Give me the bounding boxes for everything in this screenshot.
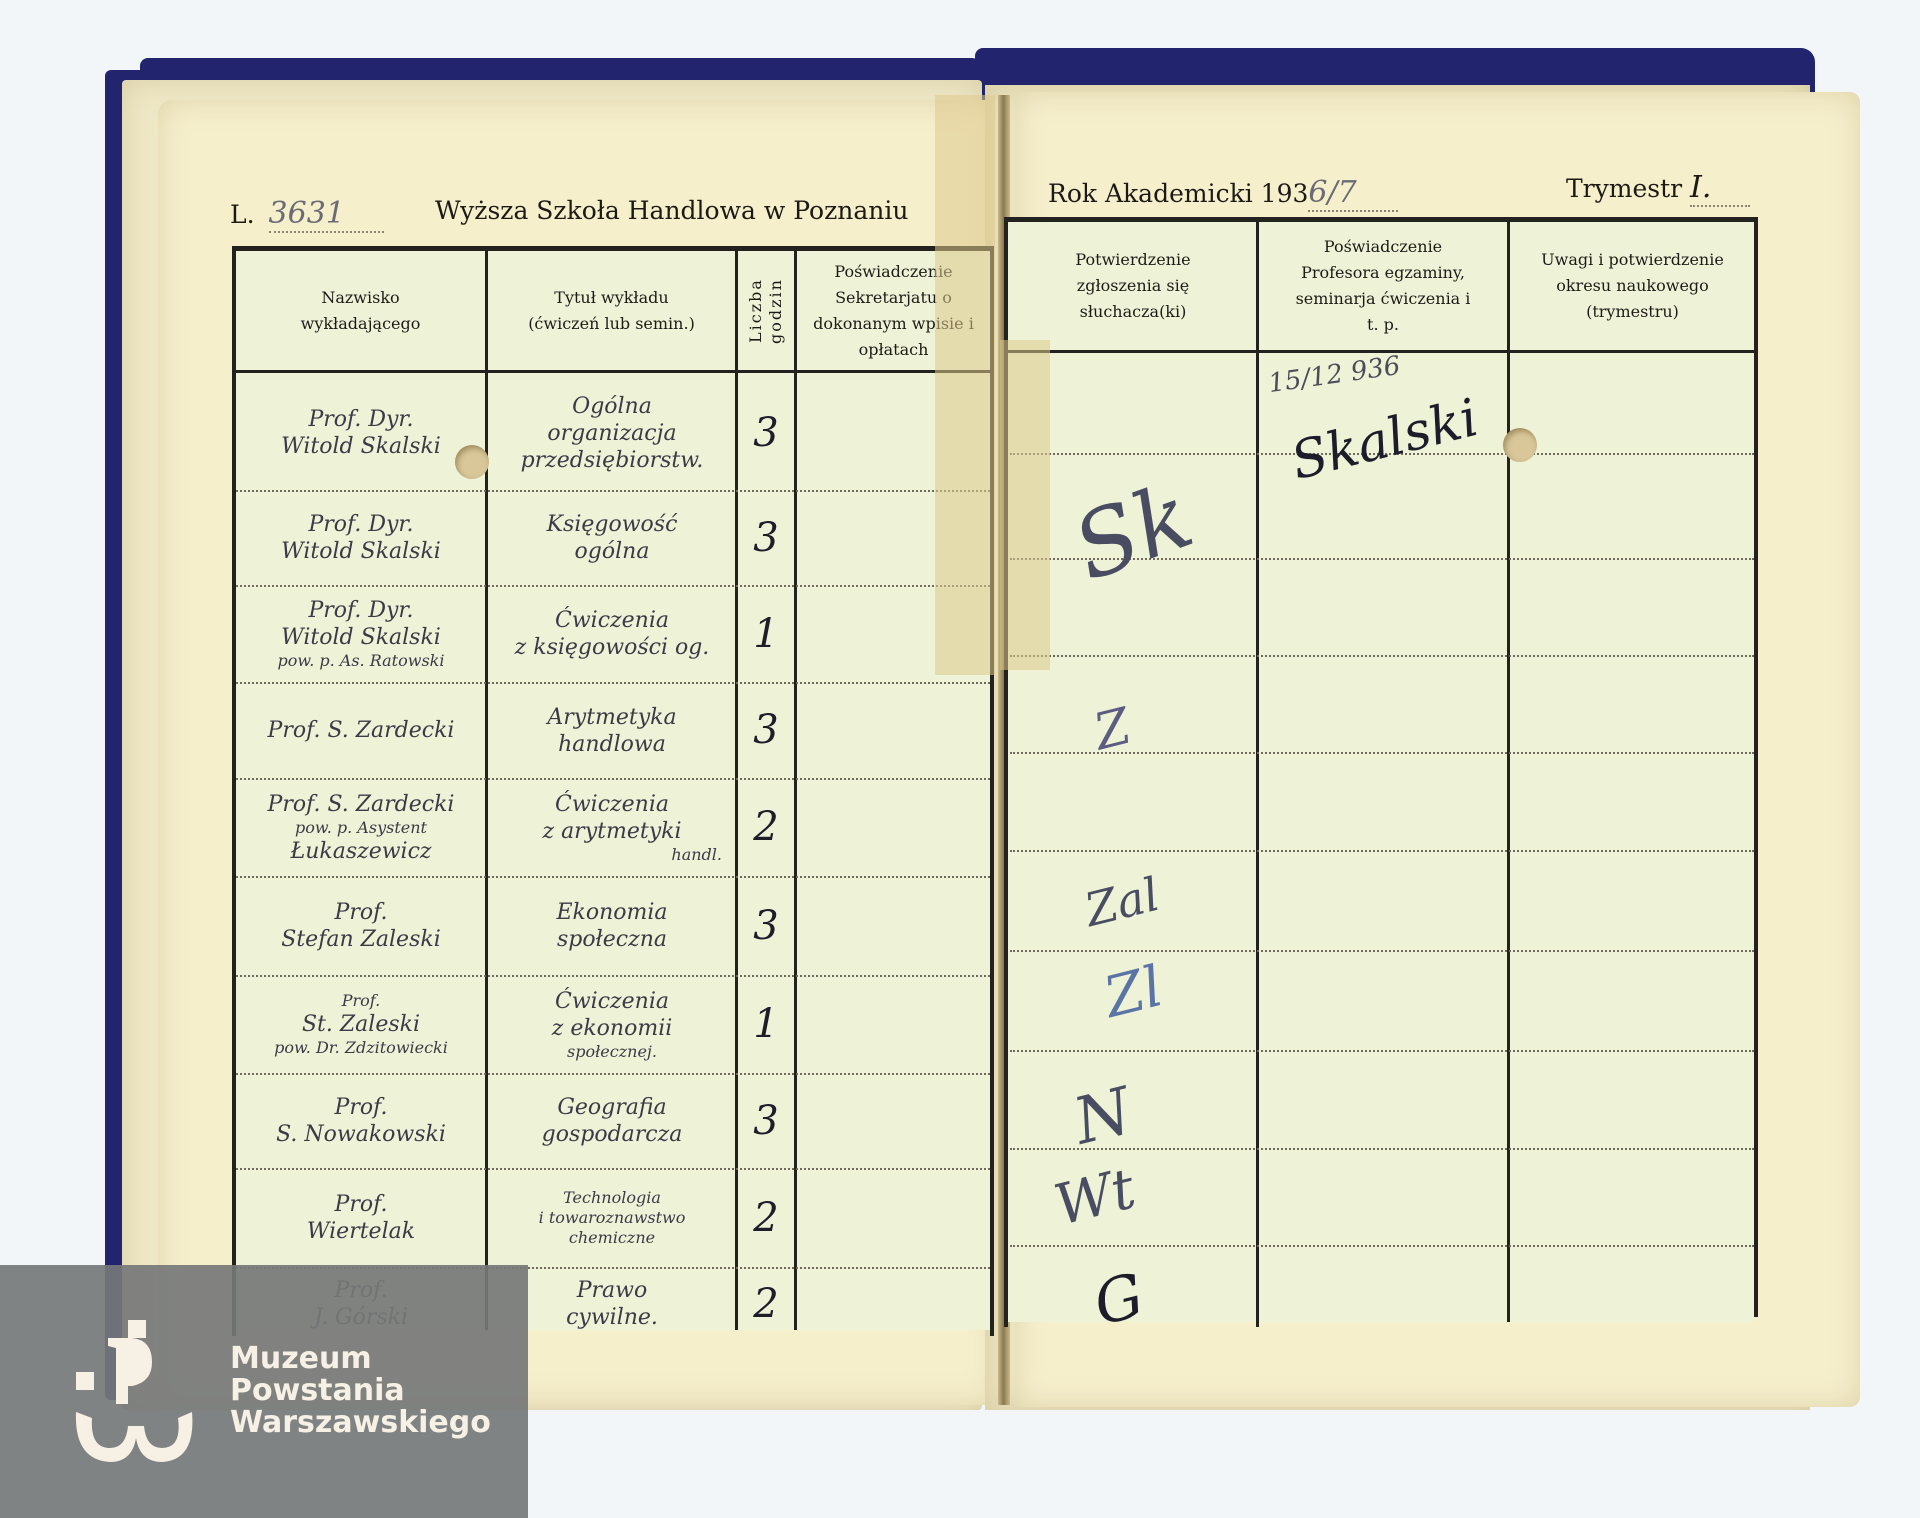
row-6-title: Ekonomiaspołeczna	[490, 878, 734, 974]
header-lecture-title: Tytuł wykładu (ćwiczeń lub semin.)	[488, 252, 735, 370]
row-3-hours: 1	[738, 587, 794, 681]
left-table-border-left	[232, 246, 236, 1336]
header-confirmation: Potwierdzenie zgłoszenia się słuchacza(k…	[1010, 224, 1256, 348]
institution-name: Wyższa Szkoła Handlowa w Poznaniu	[435, 196, 908, 225]
row-divider	[1010, 1050, 1754, 1052]
row-5-hours: 2	[738, 780, 794, 875]
row-4-lecturer: Prof. S. Zardecki	[238, 684, 484, 777]
term: Trymestr I.	[1566, 170, 1750, 207]
row-4-hours: 3	[738, 684, 794, 777]
header-professor: Poświadczenie Profesora egzaminy, semina…	[1260, 224, 1506, 348]
row-2-title: Księgowośćogólna	[490, 492, 734, 584]
row-3-title: Ćwiczeniaz księgowości og.	[490, 587, 734, 681]
left-table-top-rule	[232, 246, 994, 251]
header-hours: Liczba godzin	[738, 252, 794, 370]
row-4-title: Arytmetykahandlowa	[490, 684, 734, 777]
row-8-lecturer: Prof.S. Nowakowski	[238, 1075, 484, 1167]
row-6-lecturer: Prof.Stefan Zaleski	[238, 878, 484, 974]
row-divider	[1010, 1245, 1754, 1247]
term-value: I.	[1690, 170, 1711, 205]
right-table-col-divider-1	[1256, 222, 1259, 1327]
register-number: 3631	[269, 196, 345, 231]
museum-name: Muzeum Powstania Warszawskiego	[230, 1343, 491, 1439]
register-number-line: L. 3631	[230, 196, 384, 233]
header-lecturer: Nazwisko wykładającego	[236, 252, 485, 370]
right-table-border-right	[1754, 217, 1758, 1317]
row-5-lecturer: Prof. S. Zardeckipow. p. AsystentŁukasze…	[238, 780, 484, 875]
repair-tape	[935, 95, 995, 675]
row-5-title: Ćwiczeniaz arytmetykihandl.	[490, 780, 734, 875]
punch-hole	[455, 445, 489, 479]
row-3-lecturer: Prof. Dyr.Witold Skalskipow. p. As. Rato…	[238, 587, 484, 681]
row-7-hours: 1	[738, 977, 794, 1072]
museum-watermark: Muzeum Powstania Warszawskiego	[0, 1265, 528, 1518]
row-2-hours: 3	[738, 492, 794, 584]
row-divider	[1010, 850, 1754, 852]
row-1-title: Ogólnaorganizacjaprzedsiębiorstw.	[490, 378, 734, 488]
right-table-top-rule	[1004, 217, 1758, 222]
row-1-lecturer: Prof. Dyr.Witold Skalski	[238, 378, 484, 488]
row-1-hours: 3	[738, 378, 794, 488]
academic-year: Rok Akademicki 1936/7	[1048, 175, 1398, 212]
row-divider	[1010, 655, 1754, 657]
row-9-hours: 2	[738, 1170, 794, 1266]
row-10-hours: 2	[738, 1269, 794, 1339]
header-remarks: Uwagi i potwierdzenie okresu naukowego (…	[1511, 224, 1754, 348]
row-7-title: Ćwiczeniaz ekonomiispołecznej.	[490, 977, 734, 1072]
register-label: L.	[230, 200, 255, 229]
row-9-title: Technologiai towaroznawstwochemiczne	[490, 1170, 734, 1266]
row-8-hours: 3	[738, 1075, 794, 1167]
anchor-logo-icon	[70, 1320, 200, 1470]
repair-tape-right	[1000, 340, 1050, 670]
academic-year-value: 6/7	[1308, 175, 1356, 210]
row-divider	[1010, 950, 1754, 952]
left-table-header-rule	[232, 370, 994, 373]
row-7-lecturer: Prof.St. Zaleskipow. Dr. Zdzitowiecki	[238, 977, 484, 1072]
punch-hole-right	[1503, 428, 1537, 462]
row-8-title: Geografiagospodarcza	[490, 1075, 734, 1167]
row-9-lecturer: Prof.Wiertelak	[238, 1170, 484, 1266]
row-6-hours: 3	[738, 878, 794, 974]
row-2-lecturer: Prof. Dyr.Witold Skalski	[238, 492, 484, 584]
right-table-col-divider-2	[1507, 222, 1510, 1322]
